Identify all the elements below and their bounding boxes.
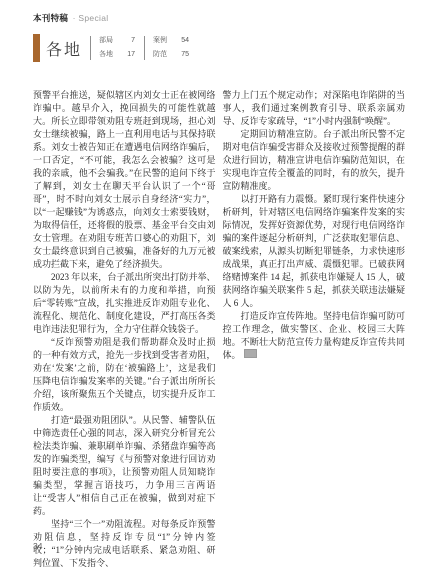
toc-item: 部局 7: [99, 36, 135, 46]
toc-item: 防范 75: [153, 50, 189, 60]
article-paragraph: “反诈预警劝阻是我们帮助群众及时止损的一种有效方式，抢先一步找到受害者劝阻，劝在…: [33, 336, 216, 414]
eyebrow-title: 本刊特稿: [33, 13, 68, 23]
section-header: 各地 部局 7 各地 17 案例 54: [33, 33, 405, 63]
section-title: 各地: [46, 37, 82, 60]
section-accent-bar: [33, 34, 40, 62]
section-toc: 部局 7 各地 17 案例 54 防范 75: [90, 36, 198, 60]
toc-item: 各地 17: [99, 50, 135, 60]
section-eyebrow: 本刊特稿 · Special: [33, 12, 405, 24]
toc-item-label: 部局: [99, 36, 113, 46]
article-paragraph: 2023 年以来，台子派出所突出打防并举、以防为先，以前所未有的力度和举措，向预…: [33, 271, 216, 336]
toc-column-2: 案例 54 防范 75: [144, 36, 198, 60]
article-body: 预警平台推送，疑似辖区内刘女士正在被网络诈骗中。越早介入，挽回损失的可能性就越大…: [33, 89, 405, 568]
article-paragraph: 预警平台推送，疑似辖区内刘女士正在被网络诈骗中。越早介入，挽回损失的可能性就越大…: [33, 89, 216, 271]
article-column-left: 预警平台推送，疑似辖区内刘女士正在被网络诈骗中。越早介入，挽回损失的可能性就越大…: [33, 89, 216, 568]
magazine-page: 本刊特稿 · Special 各地 部局 7 各地 17: [0, 0, 427, 568]
article-end-mark: [244, 349, 257, 358]
article-column-right: 警力上门五个规定动作；对深陷电诈陷阱的当事人，我们通过案例教育引导、联系亲属劝导…: [223, 89, 406, 568]
article-paragraph: 打造反诈宣传阵地。坚持电信诈骗可防可控工作理念，做实警区、企业、校园三大阵地。不…: [223, 310, 406, 362]
page-number: 34: [33, 541, 42, 551]
toc-item: 案例 54: [153, 36, 189, 46]
article-paragraph: 警力上门五个规定动作；对深陷电诈陷阱的当事人，我们通过案例教育引导、联系亲属劝导…: [223, 89, 406, 128]
toc-item-page: 54: [181, 36, 189, 46]
page-content: 本刊特稿 · Special 各地 部局 7 各地 17: [33, 12, 405, 568]
toc-item-label: 各地: [99, 50, 113, 60]
article-paragraph: 以打开路有力震慑。紧盯现行案件快速分析研判，针对辖区电信网络诈骗案件发案的实际情…: [223, 193, 406, 310]
toc-item-page: 75: [181, 50, 189, 60]
toc-item-page: 7: [131, 36, 135, 46]
article-paragraph: 坚持“三个一”劝阻流程。对每条反诈预警劝阻信息，坚持反诈专员“1”分钟内签收；“…: [33, 518, 216, 568]
article-paragraph: 定期回访精准宣防。台子派出所民警不定期对电信诈骗受害群众及接收过预警提醒的群众进…: [223, 128, 406, 193]
eyebrow-subtitle: · Special: [73, 13, 109, 23]
toc-item-page: 17: [127, 50, 135, 60]
toc-column-1: 部局 7 各地 17: [90, 36, 144, 60]
toc-item-label: 防范: [153, 50, 167, 60]
toc-item-label: 案例: [153, 36, 167, 46]
article-paragraph: 打造“最强劝阻团队”。从民警、辅警队伍中筛选责任心强的同志，深入研究分析冒充公检…: [33, 414, 216, 518]
